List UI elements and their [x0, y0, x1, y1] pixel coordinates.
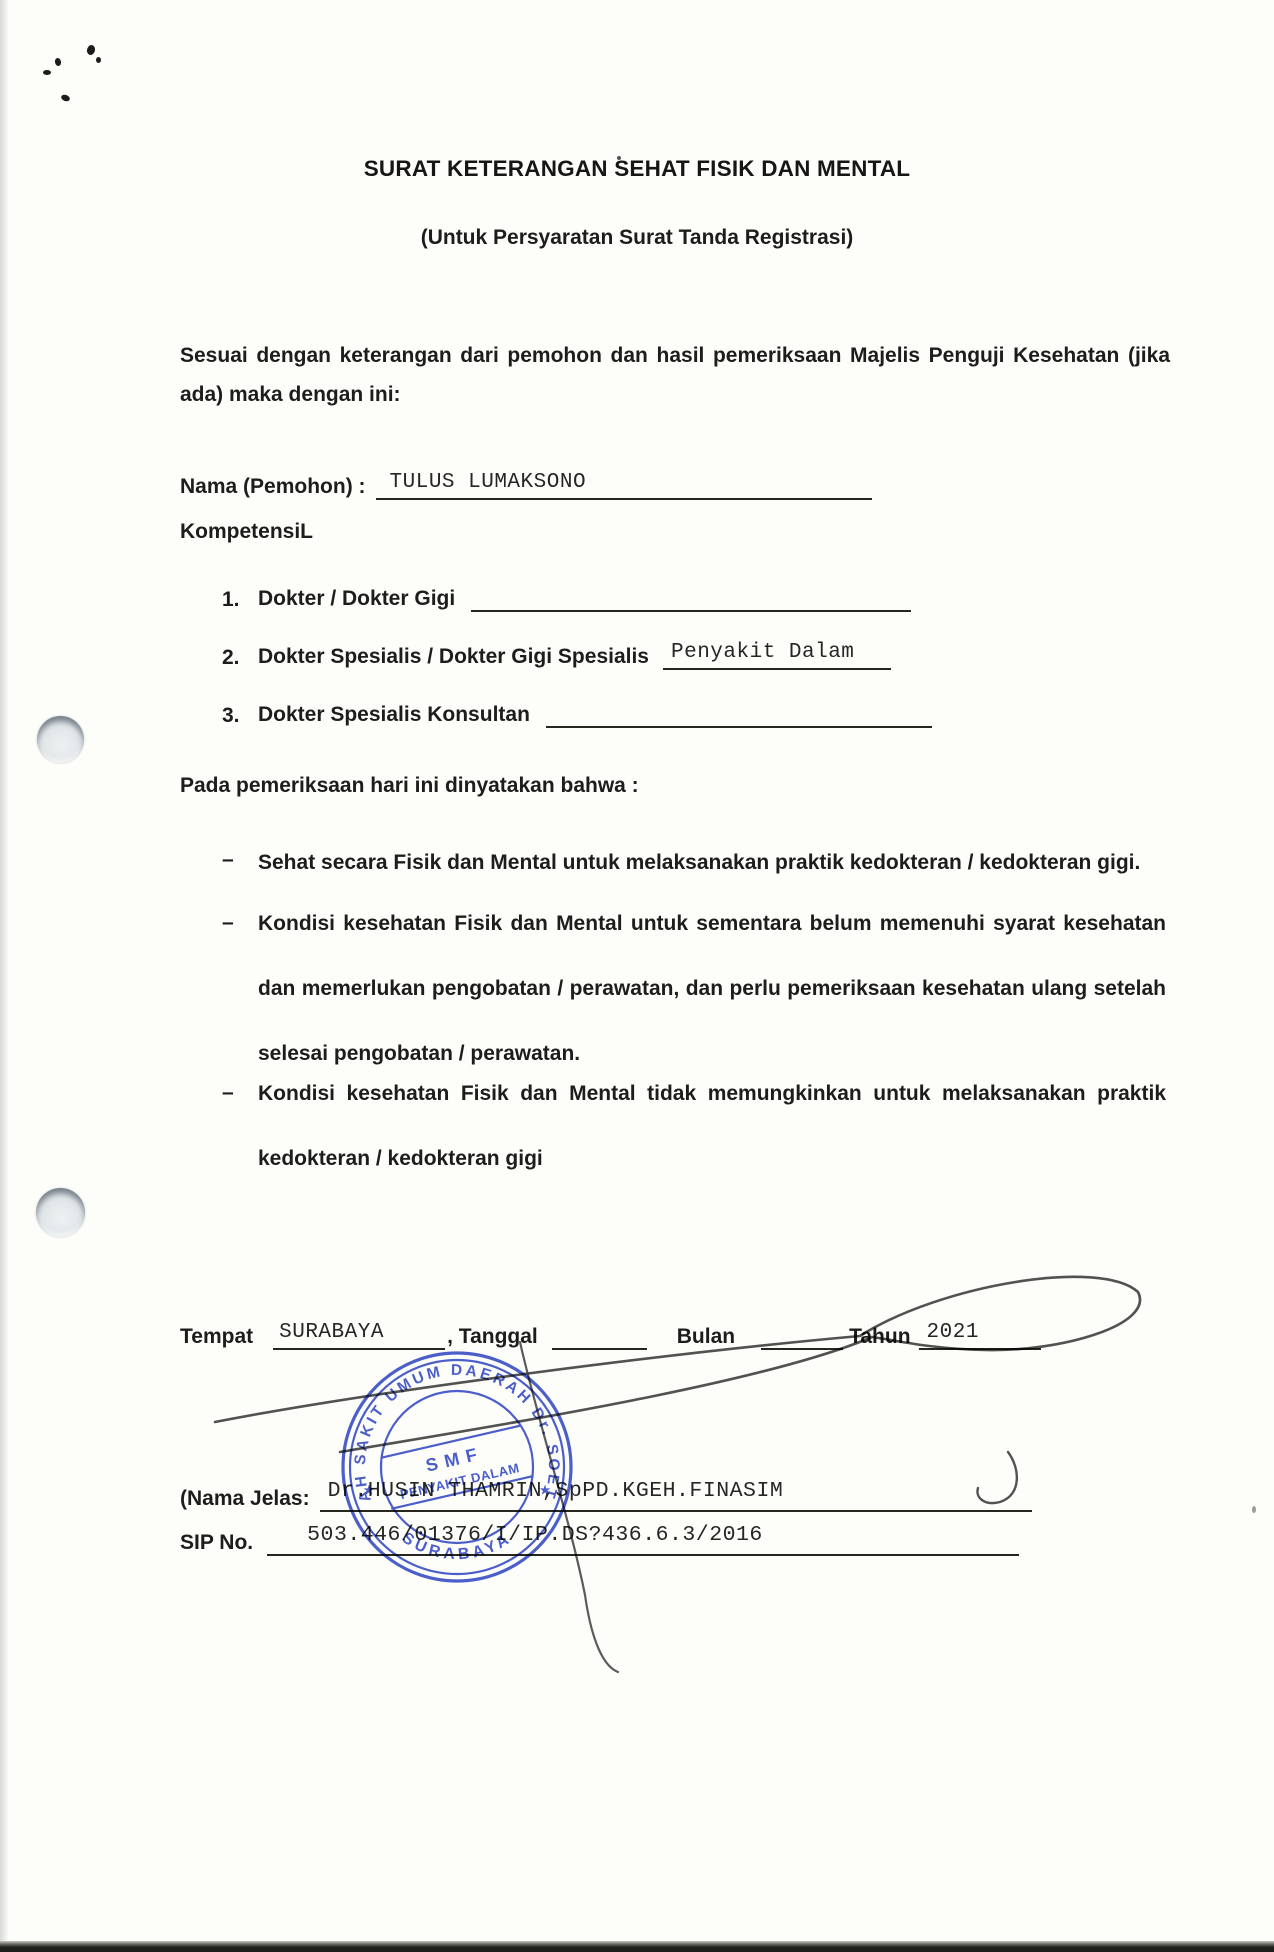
signature-stroke [977, 1452, 1016, 1503]
examination-heading: Pada pemeriksaan hari ini dinyatakan bah… [180, 774, 639, 799]
dash-marker: – [222, 848, 258, 872]
competency-item-1: 1. Dokter / Dokter Gigi [222, 576, 911, 612]
ink-speck [43, 70, 51, 75]
competency-item-3: 3. Dokter Spesialis Konsultan [222, 692, 932, 728]
item-value: Penyakit Dalam [663, 641, 854, 664]
finding-text: Kondisi kesehatan Fisik dan Mental untuk… [258, 891, 1166, 1086]
document-subtitle: (Untuk Persyaratan Surat Tanda Registras… [0, 226, 1274, 250]
finding-item-2: – Kondisi kesehatan Fisik dan Mental unt… [222, 908, 1166, 1086]
signature [180, 1250, 1180, 1710]
signature-stroke [520, 1342, 618, 1672]
applicant-name-field: TULUS LUMAKSONO [376, 468, 872, 500]
competency-heading: KompetensiL [180, 520, 313, 545]
ink-speck [54, 57, 62, 66]
signature-stroke [215, 1277, 1140, 1452]
dash-marker: – [222, 908, 258, 938]
finding-item-3: – Kondisi kesehatan Fisik dan Mental tid… [222, 1078, 1166, 1191]
item-number: 1. [222, 588, 258, 612]
ink-speck [96, 57, 101, 63]
finding-item-1: – Sehat secara Fisik dan Mental untuk me… [222, 848, 1166, 878]
scan-bottom-edge [0, 1941, 1274, 1952]
item-blank-field [471, 580, 911, 612]
item-label: Dokter / Dokter Gigi [258, 587, 455, 612]
applicant-name-row: Nama (Pemohon) : TULUS LUMAKSONO [180, 460, 872, 500]
punch-hole [36, 1188, 85, 1237]
dash-marker: – [222, 1078, 258, 1108]
ink-speck [1252, 1506, 1256, 1513]
item-filled-field: Penyakit Dalam [663, 638, 891, 670]
item-number: 3. [222, 704, 258, 728]
finding-text: Kondisi kesehatan Fisik dan Mental tidak… [258, 1061, 1166, 1191]
ink-speck [60, 94, 71, 103]
finding-text: Sehat secara Fisik dan Mental untuk mela… [258, 848, 1166, 878]
item-number: 2. [222, 646, 258, 670]
competency-item-2: 2. Dokter Spesialis / Dokter Gigi Spesia… [222, 634, 891, 670]
applicant-name-value: TULUS LUMAKSONO [376, 471, 587, 494]
document-page: SURAT KETERANGAN SEHAT FISIK DAN MENTAL … [0, 0, 1274, 1952]
item-label: Dokter Spesialis Konsultan [258, 703, 530, 728]
punch-hole [37, 716, 84, 763]
item-blank-field [546, 696, 932, 728]
ink-speck [86, 44, 96, 56]
scan-left-edge [0, 0, 9, 1952]
document-title: SURAT KETERANGAN SEHAT FISIK DAN MENTAL [0, 156, 1274, 182]
intro-paragraph: Sesuai dengan keterangan dari pemohon da… [180, 336, 1170, 414]
applicant-name-label: Nama (Pemohon) : [180, 475, 366, 500]
item-label: Dokter Spesialis / Dokter Gigi Spesialis [258, 645, 649, 670]
